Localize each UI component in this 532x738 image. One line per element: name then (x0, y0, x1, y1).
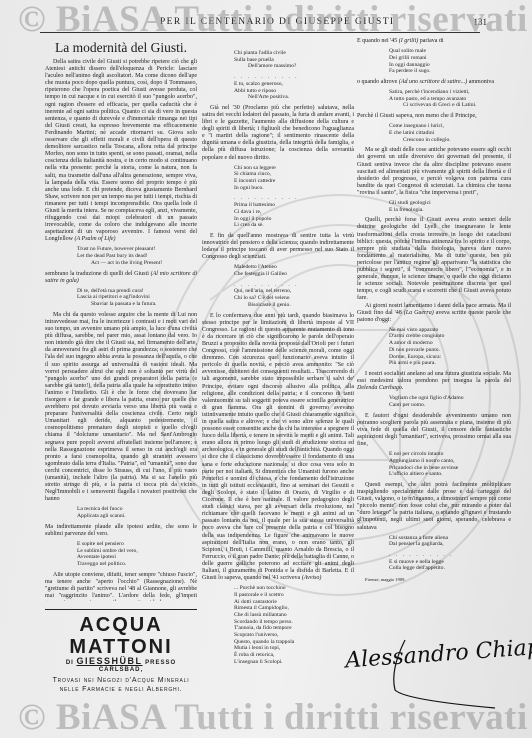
verse-line: E che latini cittadini (389, 130, 511, 137)
verse-block: Come insegnano i lurici,E che latini cit… (357, 123, 511, 143)
paragraph: Ma se gli studi delle cose antiche potev… (357, 147, 511, 197)
verse-block: Qual solito maleDei grilli romaniIn oggi… (357, 48, 511, 75)
column-2: Chi pianta l'adlia civileSulla base prue… (202, 38, 354, 670)
paragraph: E fin da quell'anno mostrava di sentire … (202, 233, 354, 261)
paragraph: Quelli, perchè forse il Giusti aveva avu… (357, 217, 511, 302)
verse-line: Dorme, Europa, sicura: (389, 354, 511, 361)
verse-line: Applicata agli scanni. (77, 513, 197, 520)
verse-block: E noi per circolo intantoAggiungiamo il … (357, 451, 511, 478)
verse-line: Avventate ipotesi (77, 554, 197, 561)
verse-line: In ogni buco. (234, 185, 354, 192)
verse-block: ... Purchè non tocchinoIl pastorale e il… (202, 585, 354, 665)
verse-line: Il pastorale e il scettro (234, 592, 354, 599)
paragraph: Ai giorni nostri lamentiamo i danni dell… (357, 303, 511, 324)
verse-line: Vogliam che ogni figlio d'Adamo (389, 395, 511, 402)
verse-block: Maledetto l'AteneoChe festeggia il Galil… (202, 264, 354, 277)
paragraph: o quando altrove (Ad uno scrittore di sa… (357, 79, 511, 86)
article-title: La modernità del Giusti. (45, 40, 197, 56)
verse-block: Nè mai visto apparatoD'armi crebbe congi… (357, 327, 511, 367)
verse-line: Sulla base pruella (234, 57, 354, 64)
verse-line: E incontri cattedre (234, 178, 354, 185)
verse-line: Chi lo sa? C'è del veleno (234, 295, 354, 302)
verse-line: E sopite nel pensiero (77, 541, 197, 548)
verse-block: Chi pianta l'adlia civileSulla base prue… (202, 50, 354, 70)
verse-block: . . . . . . . . . .Prima il battesimoCi … (202, 195, 354, 229)
verse-line: Qual solito male (389, 48, 511, 55)
verse-line: Gli studi geologici (389, 200, 511, 207)
verse-block: . . . . . . . . . .E tu, scalzo generoso… (202, 74, 354, 101)
ad-subtitle: DI GIESSHÜBL PRESSO CARLSBAD, (45, 658, 197, 674)
verse-line: L'ufficio altiero e santo. (389, 471, 511, 478)
verse-line: Li crea da sè. (234, 222, 354, 229)
verse-block: Di te, dell'età tua prendi cura!Lascia a… (45, 288, 197, 308)
verse-line: Act — act in the living Present! (77, 260, 197, 267)
paragraph: I nostri socialisti anelano ad una futur… (357, 371, 511, 392)
verse-line: Nè mai visto apparato (389, 327, 511, 334)
verse-line: Ci dava i re, (234, 209, 354, 216)
verse-ellipsis: . . . . . . . . . . (389, 552, 511, 559)
verse-line: Trust no Future, however pleasant! (77, 246, 197, 253)
paragraph: Alle utopie conviene, difatti, tener sem… (45, 572, 197, 601)
verse-line: E si muove e nella legge (389, 559, 511, 566)
verse-line: Aggiungiamo il nostro canto, (389, 458, 511, 465)
ad-brand: ACQUA MATTONI (45, 614, 197, 658)
paragraph: Questi esempi, che altri potrà facilment… (357, 482, 511, 532)
paragraph: Ma indirettamente plaude alle ipotesi ar… (45, 524, 197, 538)
verse-block: Chi sostanza a forte alienaDal pensier l… (357, 535, 511, 548)
verse-line: A amor di moderno (389, 340, 511, 347)
verse-block: . . . . . . . . . .Qui, nell'aria, nel t… (202, 282, 354, 309)
verse-block: . . . . . . . . . .E si muove e nella le… (357, 552, 511, 572)
verse-block: Chi non sa leggereSi chiama ciuco,E inco… (202, 165, 354, 192)
column-3: E quando nel '45 (I grilli) parlava di Q… (357, 38, 511, 583)
verse-line: Traveggo nel politico. (77, 561, 197, 568)
ad-info-line-2: nelle Farmacie e negli Alberghi. (45, 685, 197, 694)
verse-line: Più armi e più paura. (389, 360, 511, 367)
verse-line: Abbi tutto e riposo (234, 88, 354, 95)
verse-line: Ci scrivevan di Greci e di Latini. (389, 102, 511, 109)
paragraph: E lo confermava due anni più tardi, quan… (202, 313, 354, 583)
verse-line: Canti per uomo. (389, 402, 511, 409)
column-1: La modernità del Giusti. Della satira ci… (45, 38, 197, 694)
verse-line: In oggi il popolo (234, 216, 354, 223)
verse-line: Come insegnano i lurici, (389, 123, 511, 130)
verse-line: Chi sostanza a forte aliena (389, 535, 511, 542)
verse-line: Fa perdere il sugo. (389, 68, 511, 75)
verse-line: E noi per circolo intanto (389, 451, 511, 458)
verse-ellipsis: . . . . . . . . . . (234, 195, 354, 202)
verse-line: D'armi crebbe congiunto (389, 333, 511, 340)
verse-line: Dal pensier la gagliarda, (389, 541, 511, 548)
verse-block: Gli studi geologiciE la frenologia. (357, 200, 511, 213)
watermark-top: © BiASA Tutti i diritti riservati (18, 0, 528, 41)
paragraph: Già nel '30 (Proclamo più che perfetto) … (202, 105, 354, 162)
verse-line: Let the dead Past bury its dead! (77, 253, 197, 260)
verse-ellipsis: . . . . . . . . . . (234, 74, 354, 81)
verse-line: Sbaviar la passata e la futura. (77, 301, 197, 308)
verse-line: Prima il battesimo (234, 202, 354, 209)
verse-line: Satira, perchè t'incendiano i vizietti, (389, 89, 511, 96)
verse-line: Rimesta il Campidoglio, (234, 605, 354, 612)
verse-line: Di te, dell'età tua prendi cura! (77, 288, 197, 295)
paragraph: Ma chi da questo volesse arguire che la … (45, 312, 197, 504)
verse-block: Trust no Future, however pleasant!Let th… (45, 246, 197, 266)
verse-line: Crescono in collegio. (389, 137, 511, 144)
verse-line: Chi non sa leggere (234, 165, 354, 172)
verse-line: Nell'Arte positiva. (234, 94, 354, 101)
verse-ellipsis: . . . . . . . . . . (234, 282, 354, 289)
verse-block: Satira, perchè t'incendiano i vizietti,A… (357, 89, 511, 109)
verse-line: Bisolcaste il genio. (234, 302, 354, 309)
verse-line: Dei grilli romani (389, 55, 511, 62)
watermark-bottom: © BiASA Tutti i diritti riservati (18, 696, 528, 738)
dateline: Firenze, maggio 1909. (357, 576, 511, 583)
verse-line: E la frenologia. (389, 207, 511, 214)
verse-line: Qui, nell'aria, nel terreno, (234, 288, 354, 295)
verse-line: Di non provarle punto. (389, 347, 511, 354)
verse-line: Colla legge dell'appetito. (389, 565, 511, 572)
verse-line: Chi pianta l'adlia civile (234, 50, 354, 57)
advertisement: ACQUA MATTONI DI GIESSHÜBL PRESSO CARLSB… (45, 609, 197, 694)
verse-line: Dell'amore massimo? (234, 63, 354, 70)
paragraph: E fautori d'ogni desiderabile avveniment… (357, 413, 511, 448)
verse-line: Che di lassù millantano (234, 612, 354, 619)
paragraph: Perchè il Giusti sapeva, non meno che il… (357, 113, 511, 120)
verse-block: E sopite nel pensieroLe sublimi ombre de… (45, 541, 197, 568)
verse-line: La tecnica del fuoco (77, 506, 197, 513)
verse-line: A tutto pasto, ed a tempo avanzato (389, 96, 511, 103)
paragraph: sembrano la traduzione di quelli del Giu… (45, 271, 197, 285)
verse-block: La tecnica del fuocoApplicata agli scann… (45, 506, 197, 519)
verse-line: E tu, scalzo generoso, (234, 81, 354, 88)
verse-line: Si chiama ciuco, (234, 171, 354, 178)
verse-line: ... Purchè non tocchino (234, 585, 354, 592)
verse-line: Le sublimi ombre del vero, (77, 548, 197, 555)
verse-line: In oggi dannaggio (389, 62, 511, 69)
verse-line: Che festeggia il Galileo (234, 271, 354, 278)
verse-block: Vogliam che ogni figlio d'AdamoCanti per… (357, 395, 511, 408)
verse-line: Ai dotti cantastorie (234, 599, 354, 606)
paragraph: Della satira civile del Giusti si potreb… (45, 59, 197, 243)
ad-info-line-1: Trovasi nei Negozi d'Acque Minerali (45, 676, 197, 685)
